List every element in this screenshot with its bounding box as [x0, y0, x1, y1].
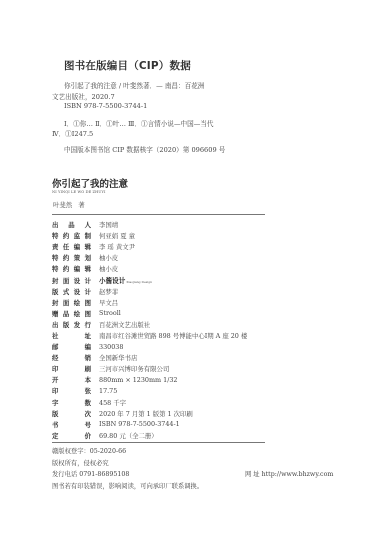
credit-row: 邮编330038: [52, 341, 352, 352]
cip-line-classification: Ⅳ．①I247.5: [52, 128, 93, 138]
credit-row: 书号ISBN 978-7-5500-3744-1: [52, 419, 352, 430]
credit-label-char: 辑: [85, 264, 91, 273]
credit-value: 百花洲文艺出版社: [99, 320, 150, 329]
credit-label-char: 辑: [85, 242, 91, 251]
credit-label: 特约策划: [52, 253, 99, 262]
book-title: 你引起了我的注意: [52, 176, 128, 190]
credit-row: 社址南昌市红谷滩世贸路 898 号博能中心Ⅰ期 A 座 20 楼: [52, 330, 352, 341]
credit-label-char: 面: [63, 276, 69, 285]
credit-label-char: 版: [63, 320, 69, 329]
credit-label-char: 书: [52, 420, 58, 429]
credit-row: 版次2020 年 7 月第 1 版第 1 次印刷: [52, 408, 352, 419]
website: 网 址 http://www.bhzwy.com: [245, 469, 333, 481]
book-title-pinyin: NI YINQI LE WO DE ZHUYI: [52, 190, 106, 194]
credit-label: 版式设计: [52, 287, 99, 296]
credit-label-char: 印: [52, 364, 58, 373]
credit-label-char: 字: [52, 398, 58, 407]
credit-value: 李国靖: [99, 220, 118, 229]
credit-label-char: 社: [52, 331, 58, 340]
credit-label-char: 邮: [52, 342, 58, 351]
credit-label-char: 任: [63, 242, 69, 251]
credit-row: 版式设计赵梦菲: [52, 286, 352, 297]
credit-value: 三河市兴博印务有限公司: [99, 364, 169, 373]
credit-value: 柚小皮: [99, 264, 118, 273]
credit-row: 特约策划柚小皮: [52, 252, 352, 263]
credit-label-char: 刷: [85, 364, 91, 373]
credit-label-char: 编: [85, 342, 91, 351]
credit-label-char: 版: [52, 287, 58, 296]
credit-label-char: 图: [85, 309, 91, 318]
credit-label-char: 特: [52, 253, 58, 262]
cip-line-publisher: 文艺出版社，2020.7: [52, 91, 115, 101]
credit-label-char: 数: [85, 398, 91, 407]
credit-label: 经销: [52, 353, 99, 362]
cip-line-record-number: 中国版本图书馆 CIP 数据核字（2020）第 096609 号: [64, 144, 225, 154]
credit-label-char: 定: [52, 431, 58, 440]
credit-value: 458 千字: [99, 398, 126, 407]
credit-label-char: 开: [52, 375, 58, 384]
credit-value: 赵梦菲: [99, 287, 118, 296]
misprint-notice: 图书若有印装错误，影响阅读，可向承印厂联系调换。: [52, 481, 372, 493]
credit-row: 特约编辑柚小皮: [52, 263, 352, 274]
credit-value: 全国新华书店: [99, 353, 137, 362]
credit-label-char: 次: [85, 409, 91, 418]
credit-row: 印张17.75: [52, 385, 352, 396]
credit-label-char: 号: [85, 420, 91, 429]
credit-value: 880mm × 1230mm 1/32: [99, 376, 178, 384]
credit-label-char: 监: [74, 231, 80, 240]
credit-label-char: 约: [63, 253, 69, 262]
credit-label-char: 经: [52, 353, 58, 362]
credit-label: 印刷: [52, 364, 99, 373]
credit-value: 小酱设计Xiaojiang Design: [99, 275, 152, 285]
credit-row: 特约监制何亚娟 夏 童: [52, 230, 352, 241]
credit-label-char: 封: [52, 276, 58, 285]
credit-row: 封面绘图早文吕: [52, 297, 352, 308]
credit-label-char: 特: [52, 231, 58, 240]
credit-label: 邮编: [52, 342, 99, 351]
credit-label: 赠品绘图: [52, 309, 99, 318]
credit-row: 赠品绘图Strooll: [52, 308, 352, 319]
credit-label-char: 张: [85, 386, 91, 395]
copyright-registration: 赣版权登字：05-2020-66: [52, 446, 372, 458]
credit-value: 柚小皮: [99, 253, 118, 262]
credit-value: ISBN 978-7-5500-3744-1: [99, 420, 180, 428]
footer: 赣版权登字：05-2020-66 版权所有，侵权必究 发行电话 0791-868…: [52, 446, 372, 493]
book-author: 叶斐然 著: [53, 200, 85, 209]
credit-label-char: 策: [74, 253, 80, 262]
credit-row: 定价69.80 元（全二册）: [52, 430, 352, 441]
credit-label-char: 价: [85, 431, 91, 440]
credit-label: 特约监制: [52, 231, 99, 240]
credit-row: 出版发行百花洲文艺出版社: [52, 319, 352, 330]
credits-list: 出品人李国靖特约监制何亚娟 夏 童责任编辑李 瑶 黄文尹特约策划柚小皮特约编辑柚…: [52, 219, 352, 441]
credit-label-char: 版: [52, 409, 58, 418]
cip-line-title: 你引起了我的注意 / 叶斐然著．— 南昌：百花洲: [64, 80, 204, 90]
credit-value: 330038: [99, 343, 123, 351]
divider-bottom: [52, 442, 265, 443]
credit-label-char: 约: [63, 264, 69, 273]
divider-top: [52, 214, 265, 215]
credit-label: 社址: [52, 331, 99, 340]
cover-design-logo: 小酱设计Xiaojiang Design: [99, 277, 152, 285]
credit-label-char: 出: [52, 320, 58, 329]
credit-label-char: 图: [85, 298, 91, 307]
credit-label-char: 品: [63, 309, 69, 318]
cover-design-subtitle: Xiaojiang Design: [126, 280, 152, 284]
cip-heading: 图书在版编目（CIP）数据: [64, 58, 191, 73]
credit-row: 封面设计小酱设计Xiaojiang Design: [52, 274, 352, 285]
credit-value: 李 瑶 黄文尹: [99, 242, 135, 251]
credit-row: 印刷三河市兴博印务有限公司: [52, 363, 352, 374]
cip-line-isbn: ISBN 978-7-5500-3744-1: [64, 102, 147, 110]
contact-line: 发行电话 0791-86895108 网 址 http://www.bhzwy.…: [52, 469, 372, 481]
credit-label-char: 面: [63, 298, 69, 307]
credit-label-char: 划: [85, 253, 91, 262]
credit-value: 南昌市红谷滩世贸路 898 号博能中心Ⅰ期 A 座 20 楼: [99, 331, 247, 340]
credit-value: 何亚娟 夏 童: [99, 231, 135, 240]
credit-label: 出品人: [52, 220, 99, 229]
credit-label: 版次: [52, 409, 99, 418]
credit-label: 出版发行: [52, 320, 99, 329]
credit-label-char: 封: [52, 298, 58, 307]
credit-label: 字数: [52, 398, 99, 407]
credit-label: 封面设计: [52, 276, 99, 285]
credit-label-char: 设: [74, 287, 80, 296]
credit-label-char: 制: [85, 231, 91, 240]
credit-value: Strooll: [99, 309, 121, 317]
credit-value: 17.75: [99, 387, 117, 395]
credit-label-char: 址: [85, 331, 91, 340]
cover-design-name: 小酱设计: [99, 277, 125, 285]
credit-label-char: 赠: [52, 309, 58, 318]
credit-label-char: 编: [74, 264, 80, 273]
credit-label: 封面绘图: [52, 298, 99, 307]
credit-label-char: 计: [85, 276, 91, 285]
credit-row: 责任编辑李 瑶 黄文尹: [52, 241, 352, 252]
credit-label-char: 式: [63, 287, 69, 296]
credit-label: 特约编辑: [52, 264, 99, 273]
credit-label-char: 发: [74, 320, 80, 329]
distribution-phone: 发行电话 0791-86895108: [52, 471, 129, 478]
credit-label-char: 约: [63, 231, 69, 240]
cip-line-subjects: Ⅰ．①你… Ⅱ．①叶… Ⅲ．①言情小说—中国—当代: [64, 118, 214, 128]
credit-row: 经销全国新华书店: [52, 352, 352, 363]
credit-label-char: 品: [68, 220, 74, 229]
credit-label: 开本: [52, 375, 99, 384]
credit-label-char: 责: [52, 242, 58, 251]
credit-label-char: 人: [85, 220, 91, 229]
credit-label-char: 出: [52, 220, 58, 229]
credit-label-char: 绘: [74, 309, 80, 318]
credit-label-char: 计: [85, 287, 91, 296]
credit-label-char: 本: [85, 375, 91, 384]
credit-label: 书号: [52, 420, 99, 429]
credit-label: 责任编辑: [52, 242, 99, 251]
credit-label-char: 销: [85, 353, 91, 362]
copyright-page: 图书在版编目（CIP）数据 你引起了我的注意 / 叶斐然著．— 南昌：百花洲 文…: [0, 0, 375, 543]
credit-row: 字数458 千字: [52, 397, 352, 408]
credit-label-char: 绘: [74, 298, 80, 307]
credit-value: 69.80 元（全二册）: [99, 431, 158, 440]
credit-label-char: 印: [52, 386, 58, 395]
rights-statement: 版权所有，侵权必究: [52, 458, 372, 470]
credit-value: 早文吕: [99, 298, 118, 307]
credit-label-char: 设: [74, 276, 80, 285]
credit-value: 2020 年 7 月第 1 版第 1 次印刷: [99, 409, 193, 418]
credit-label-char: 特: [52, 264, 58, 273]
credit-row: 出品人李国靖: [52, 219, 352, 230]
credit-label: 定价: [52, 431, 99, 440]
credit-label-char: 编: [74, 242, 80, 251]
credit-row: 开本880mm × 1230mm 1/32: [52, 374, 352, 385]
credit-label-char: 行: [85, 320, 91, 329]
credit-label: 印张: [52, 386, 99, 395]
